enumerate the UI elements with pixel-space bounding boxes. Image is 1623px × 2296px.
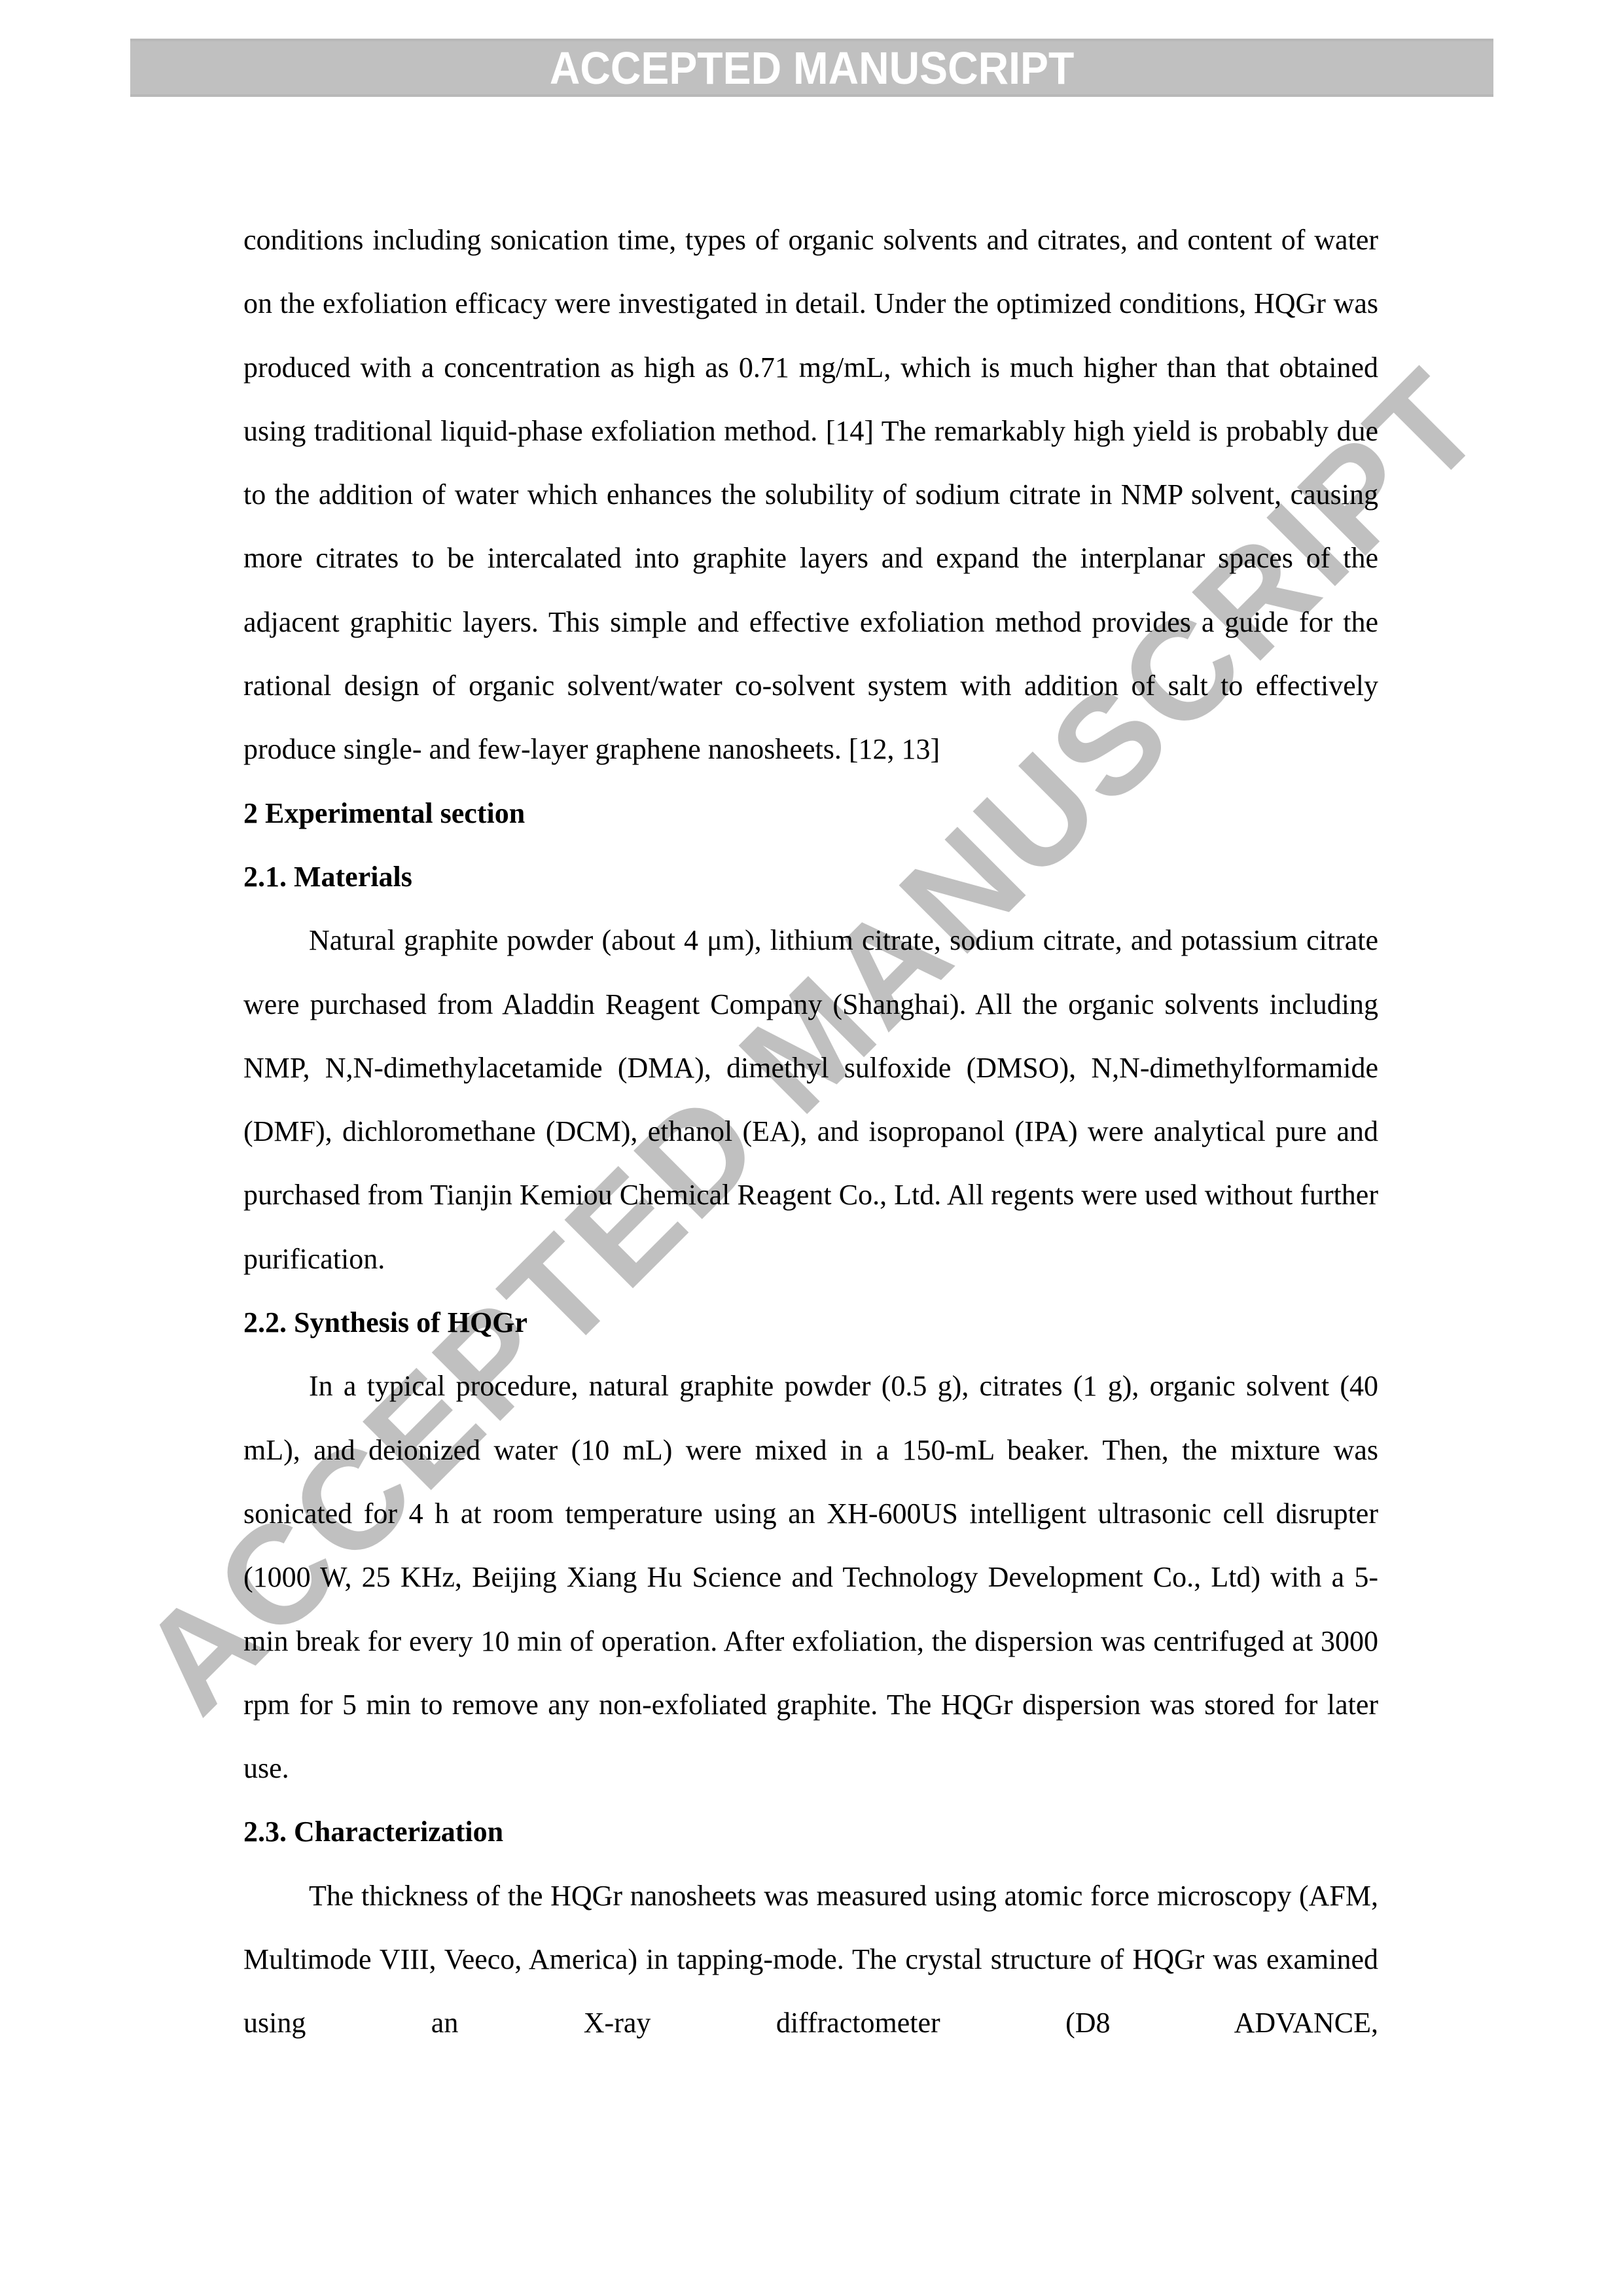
accepted-manuscript-banner: ACCEPTED MANUSCRIPT [130,39,1493,97]
subsection-heading-characterization: 2.3. Characterization [243,1800,1378,1863]
subsection-heading-synthesis: 2.2. Synthesis of HQGr [243,1291,1378,1354]
subsection-heading-materials: 2.1. Materials [243,845,1378,908]
banner-label: ACCEPTED MANUSCRIPT [550,45,1074,91]
synthesis-paragraph: In a typical procedure, natural graphite… [243,1354,1378,1800]
page-body: conditions including sonication time, ty… [243,208,1378,2055]
intro-paragraph: conditions including sonication time, ty… [243,208,1378,781]
materials-paragraph: Natural graphite powder (about 4 μm), li… [243,908,1378,1291]
characterization-paragraph: The thickness of the HQGr nanosheets was… [243,1864,1378,2055]
section-heading-experimental: 2 Experimental section [243,781,1378,845]
